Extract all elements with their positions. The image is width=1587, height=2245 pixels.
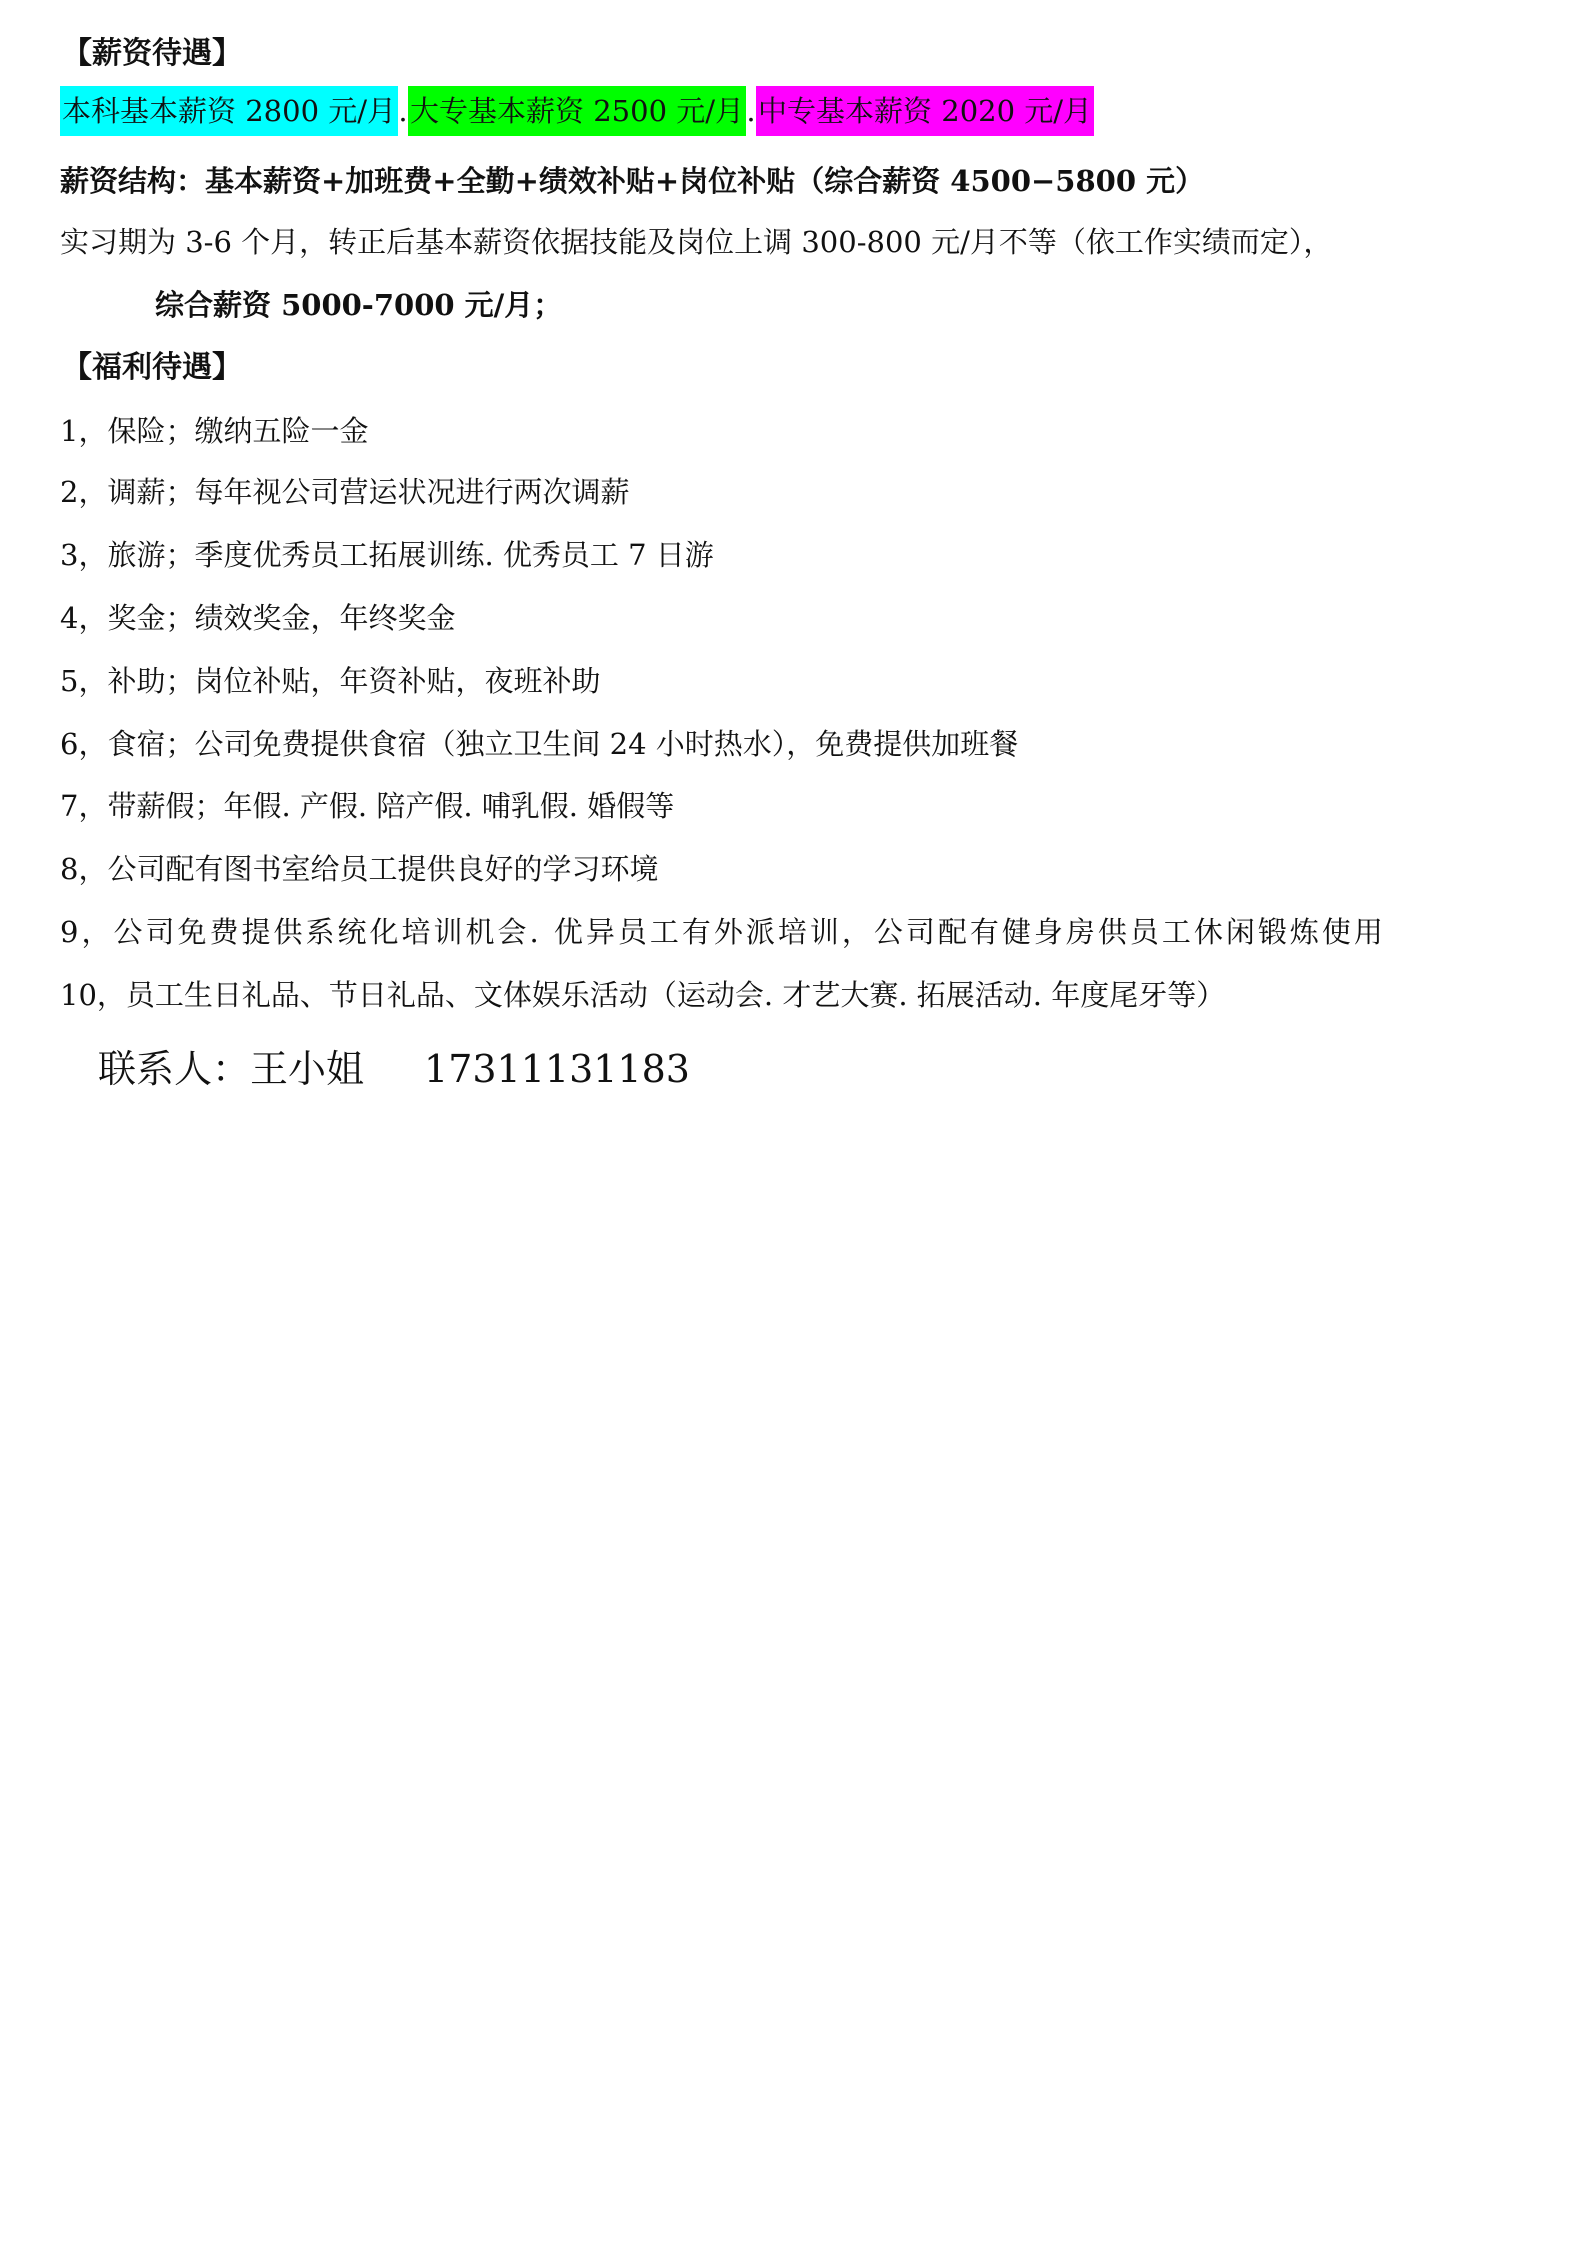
benefit-item: 7，带薪假；年假. 产假. 陪产假. 哺乳假. 婚假等 xyxy=(60,786,674,826)
contact-person: 联系人：王小姐 xyxy=(98,1047,364,1091)
separator: . xyxy=(746,91,756,131)
salary-structure: 薪资结构：基本薪资+加班费+全勤+绩效补贴+岗位补贴（综合薪资 4500−580… xyxy=(60,161,1204,201)
benefits-heading: 【福利待遇】 xyxy=(62,348,242,388)
probation-note: 实习期为 3-6 个月，转正后基本薪资依据技能及岗位上调 300-800 元/月… xyxy=(60,222,1332,262)
benefit-item: 3，旅游；季度优秀员工拓展训练. 优秀员工 7 日游 xyxy=(60,535,714,575)
benefit-item: 6，食宿；公司免费提供食宿（独立卫生间 24 小时热水），免费提供加班餐 xyxy=(60,724,1018,764)
base-pay-row: 本科基本薪资 2800 元/月.大专基本薪资 2500 元/月.中专基本薪资 2… xyxy=(60,86,1094,136)
benefit-item: 1，保险；缴纳五险一金 xyxy=(60,411,368,451)
benefit-item: 10，员工生日礼品、节日礼品、文体娱乐活动（运动会. 才艺大赛. 拓展活动. 年… xyxy=(60,975,1225,1015)
base-pay-vocational: 中专基本薪资 2020 元/月 xyxy=(756,86,1094,136)
benefit-item: 2，调薪；每年视公司营运状况进行两次调薪 xyxy=(60,472,629,512)
benefit-item: 4，奖金；绩效奖金，年终奖金 xyxy=(60,598,455,638)
benefit-item: 8，公司配有图书室给员工提供良好的学习环境 xyxy=(60,849,658,889)
benefit-item: 5，补助；岗位补贴，年资补贴，夜班补助 xyxy=(60,661,600,701)
contact-line: 联系人：王小姐17311131183 xyxy=(98,1044,690,1094)
contact-phone: 17311131183 xyxy=(424,1047,690,1091)
benefit-item: 9，公司免费提供系统化培训机会. 优异员工有外派培训，公司配有健身房供员工休闲锻… xyxy=(60,912,1386,952)
salary-heading: 【薪资待遇】 xyxy=(62,34,242,74)
total-salary: 综合薪资 5000-7000 元/月； xyxy=(155,285,562,325)
separator: . xyxy=(398,91,408,131)
base-pay-bachelor: 本科基本薪资 2800 元/月 xyxy=(60,86,398,136)
base-pay-college: 大专基本薪资 2500 元/月 xyxy=(408,86,746,136)
